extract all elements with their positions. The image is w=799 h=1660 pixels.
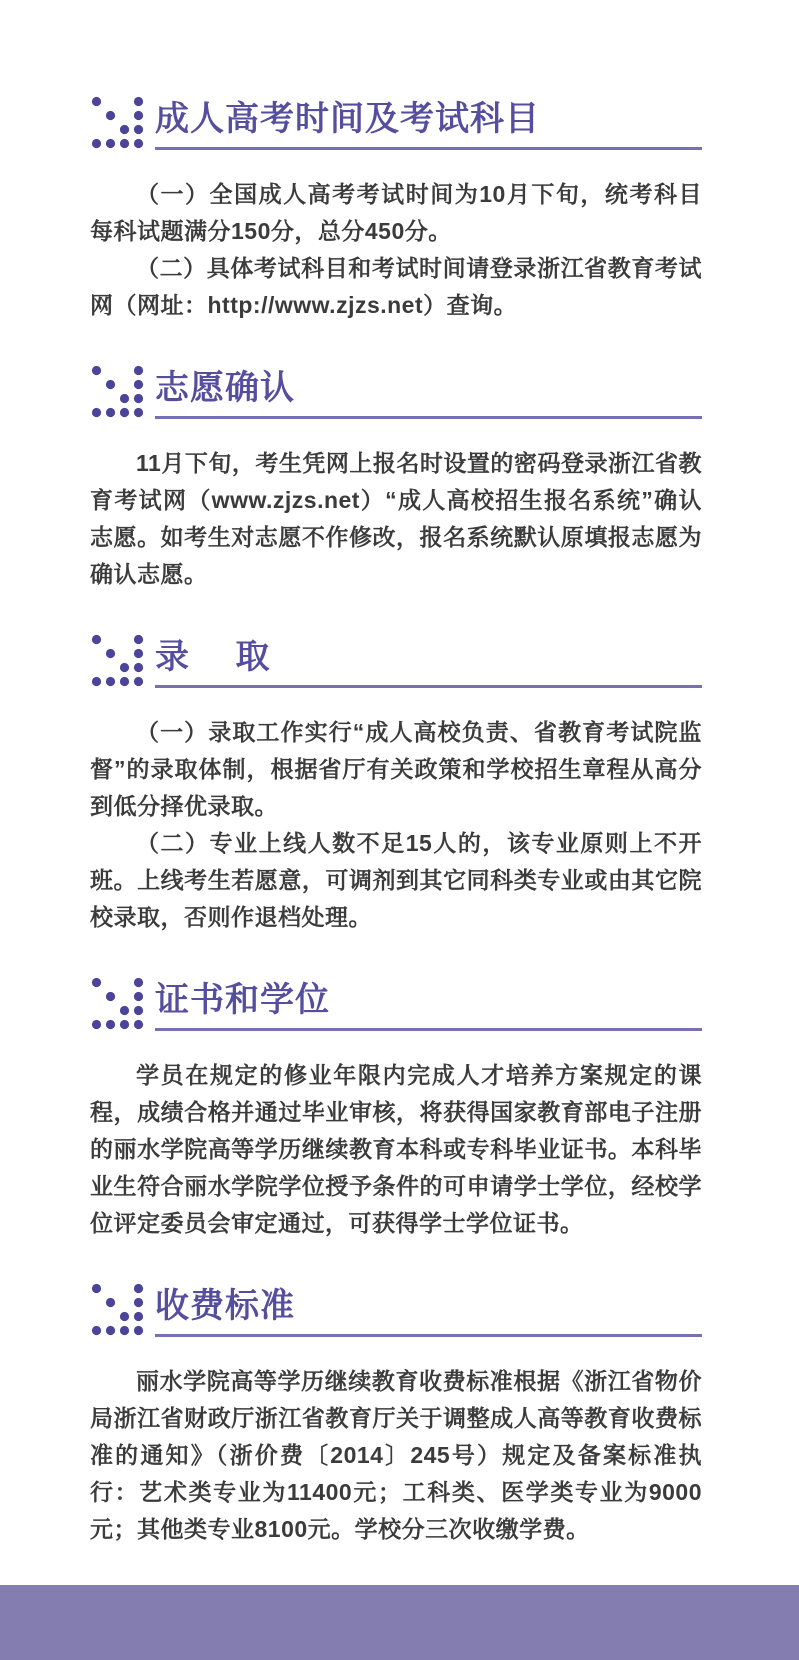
section-title: 志愿确认 xyxy=(155,371,702,407)
section-title: 收费标准 xyxy=(155,1289,702,1325)
section-tuition-standard: 收费标准 丽水学院高等学历继续教育收费标准根据《浙江省物价局浙江省财政厅浙江省教… xyxy=(90,1282,702,1548)
section-body: 丽水学院高等学历继续教育收费标准根据《浙江省物价局浙江省财政厅浙江省教育厅关于调… xyxy=(90,1363,702,1548)
section-body: 学员在规定的修业年限内完成人才培养方案规定的课程，成绩合格并通过毕业审核，将获得… xyxy=(90,1057,702,1242)
paragraph: 学员在规定的修业年限内完成人才培养方案规定的课程，成绩合格并通过毕业审核，将获得… xyxy=(90,1057,702,1242)
dots-grid-icon xyxy=(90,633,145,688)
section-title-underline: 证书和学位 xyxy=(155,983,702,1031)
paragraph: （一）全国成人高考考试时间为10月下旬，统考科目每科试题满分150分，总分450… xyxy=(90,176,702,250)
section-header: 志愿确认 xyxy=(90,364,702,419)
section-exam-time-subjects: 成人高考时间及考试科目 （一）全国成人高考考试时间为10月下旬，统考科目每科试题… xyxy=(90,95,702,324)
paragraph: （一）录取工作实行“成人高校负责、省教育考试院监督”的录取体制，根据省厅有关政策… xyxy=(90,714,702,825)
paragraph: 11月下旬，考生凭网上报名时设置的密码登录浙江省教育考试网（www.zjzs.n… xyxy=(90,445,702,593)
section-title: 成人高考时间及考试科目 xyxy=(155,102,702,138)
footer-band xyxy=(0,1585,799,1660)
section-preference-confirmation: 志愿确认 11月下旬，考生凭网上报名时设置的密码登录浙江省教育考试网（www.z… xyxy=(90,364,702,593)
section-title: 录 取 xyxy=(155,640,702,676)
section-admission: 录 取 （一）录取工作实行“成人高校负责、省教育考试院监督”的录取体制，根据省厅… xyxy=(90,633,702,936)
section-title: 证书和学位 xyxy=(155,983,702,1019)
paragraph: （二）具体考试科目和考试时间请登录浙江省教育考试网（网址：http://www.… xyxy=(90,250,702,324)
brochure-page: 成人高考时间及考试科目 （一）全国成人高考考试时间为10月下旬，统考科目每科试题… xyxy=(0,0,799,1660)
content-column: 成人高考时间及考试科目 （一）全国成人高考考试时间为10月下旬，统考科目每科试题… xyxy=(0,0,799,1548)
dots-grid-icon xyxy=(90,976,145,1031)
section-header: 成人高考时间及考试科目 xyxy=(90,95,702,150)
section-title-underline: 录 取 xyxy=(155,640,702,688)
section-title-underline: 成人高考时间及考试科目 xyxy=(155,102,702,150)
section-body: （一）全国成人高考考试时间为10月下旬，统考科目每科试题满分150分，总分450… xyxy=(90,176,702,324)
section-header: 证书和学位 xyxy=(90,976,702,1031)
section-body: 11月下旬，考生凭网上报名时设置的密码登录浙江省教育考试网（www.zjzs.n… xyxy=(90,445,702,593)
section-certificate-degree: 证书和学位 学员在规定的修业年限内完成人才培养方案规定的课程，成绩合格并通过毕业… xyxy=(90,976,702,1242)
dots-grid-icon xyxy=(90,1282,145,1337)
section-title-underline: 志愿确认 xyxy=(155,371,702,419)
paragraph: 丽水学院高等学历继续教育收费标准根据《浙江省物价局浙江省财政厅浙江省教育厅关于调… xyxy=(90,1363,702,1548)
section-header: 收费标准 xyxy=(90,1282,702,1337)
paragraph: （二）专业上线人数不足15人的，该专业原则上不开班。上线考生若愿意，可调剂到其它… xyxy=(90,825,702,936)
section-title-underline: 收费标准 xyxy=(155,1289,702,1337)
dots-grid-icon xyxy=(90,364,145,419)
dots-grid-icon xyxy=(90,95,145,150)
section-body: （一）录取工作实行“成人高校负责、省教育考试院监督”的录取体制，根据省厅有关政策… xyxy=(90,714,702,936)
section-header: 录 取 xyxy=(90,633,702,688)
